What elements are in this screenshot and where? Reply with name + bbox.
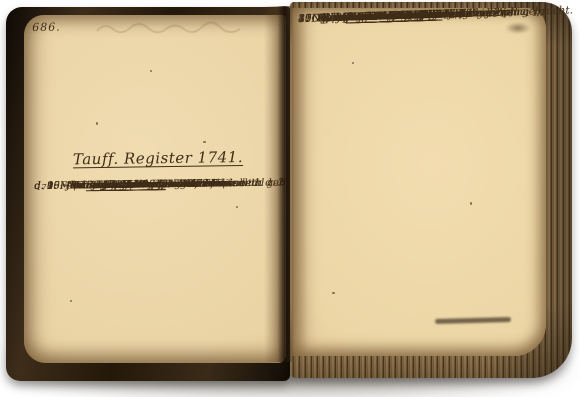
manuscript-line: d. 29. Novembr. geboren. xyxy=(322,7,458,25)
register-title: Tauff. Register 1741. xyxy=(30,147,286,169)
left-page-text: 686. Tauff. Register 1741. d. 29. Jan. i… xyxy=(28,12,289,362)
left-page-entries: d. 29. Jan. in Alt. Beuten des Hausmanns… xyxy=(34,176,286,180)
open-church-register-book-photo: 686. Tauff. Register 1741. d. 29. Jan. i… xyxy=(0,0,580,397)
right-page-text: 20. Apr. in Sieten Martin Radelands Söh-… xyxy=(298,5,537,356)
manuscript-line: Maria Elisabeth d. 4. geboren. xyxy=(70,177,225,192)
page-number: 686. xyxy=(32,21,61,34)
